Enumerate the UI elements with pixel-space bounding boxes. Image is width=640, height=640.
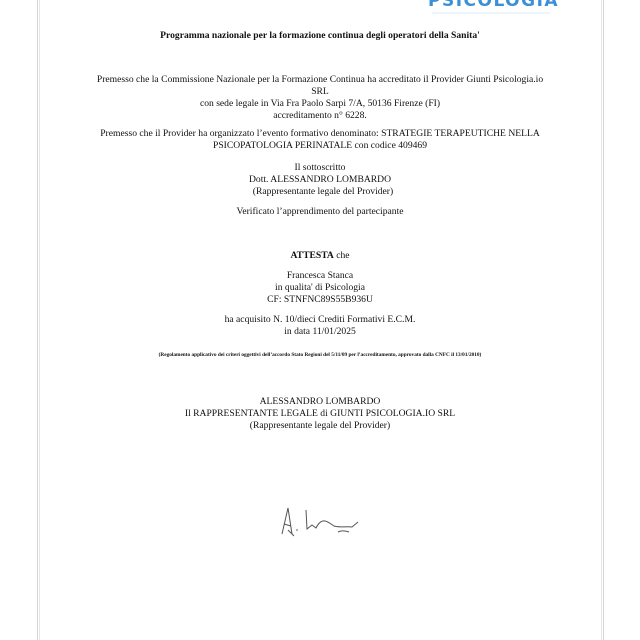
page-border-left-inner (39, 0, 40, 640)
page-border-left (37, 0, 38, 640)
document-title: Programma nazionale per la formazione co… (60, 30, 580, 42)
attesta-heading: ATTESTA che (60, 250, 580, 262)
premise-accreditation: Premesso che la Commissione Nazionale pe… (60, 74, 580, 122)
footer-signer-block: ALESSANDRO LOMBARDO Il RAPPRESENTANTE LE… (60, 396, 580, 432)
logo-shadow (432, 12, 550, 14)
premise-event: Premesso che il Provider ha organizzato … (60, 128, 580, 152)
attesta-rest: che (334, 250, 350, 261)
participant-qualification: in qualita' di Psicologia (60, 282, 580, 294)
participant-name: Francesca Stanca (60, 270, 580, 282)
event-line: Premesso che il Provider ha organizzato … (60, 128, 580, 140)
page-border-right (603, 0, 604, 640)
footer-signer-title: Il RAPPRESENTANTE LEGALE di GIUNTI PSICO… (60, 408, 580, 420)
credits-line: ha acquisito N. 10/dieci Crediti Formati… (60, 314, 580, 326)
signer-block: Il sottoscritto Dott. ALESSANDRO LOMBARD… (60, 162, 580, 198)
accreditation-number: accreditamento n° 6228. (60, 110, 580, 122)
provider-logo: PSICOLOGIA (428, 0, 559, 11)
premise-line: SRL (60, 86, 580, 98)
participant-cf: CF: STNFNC89S55B936U (60, 294, 580, 306)
attesta-bold: ATTESTA (290, 250, 333, 261)
participant-block: Francesca Stanca in qualita' di Psicolog… (60, 270, 580, 306)
credits-block: ha acquisito N. 10/dieci Crediti Formati… (60, 314, 580, 338)
verification-text: Verificato l’apprendimento del partecipa… (60, 206, 580, 218)
signer-name: Dott. ALESSANDRO LOMBARDO (60, 174, 580, 186)
page-border-right-inner (601, 0, 602, 640)
footer-signer-name: ALESSANDRO LOMBARDO (60, 396, 580, 408)
signer-role: (Rappresentante legale del Provider) (60, 186, 580, 198)
premise-address: con sede legale in Via Fra Paolo Sarpi 7… (60, 98, 580, 110)
premise-line: Premesso che la Commissione Nazionale pe… (60, 74, 580, 86)
credits-date: in data 11/01/2025 (60, 326, 580, 338)
signature-icon (278, 500, 368, 540)
event-line: PSICOPATOLOGIA PERINATALE con codice 409… (60, 140, 580, 152)
regulation-note: (Regolamento applicativo dei criteri ogg… (60, 352, 580, 359)
signer-intro: Il sottoscritto (60, 162, 580, 174)
footer-signer-role: (Rappresentante legale del Provider) (60, 420, 580, 432)
